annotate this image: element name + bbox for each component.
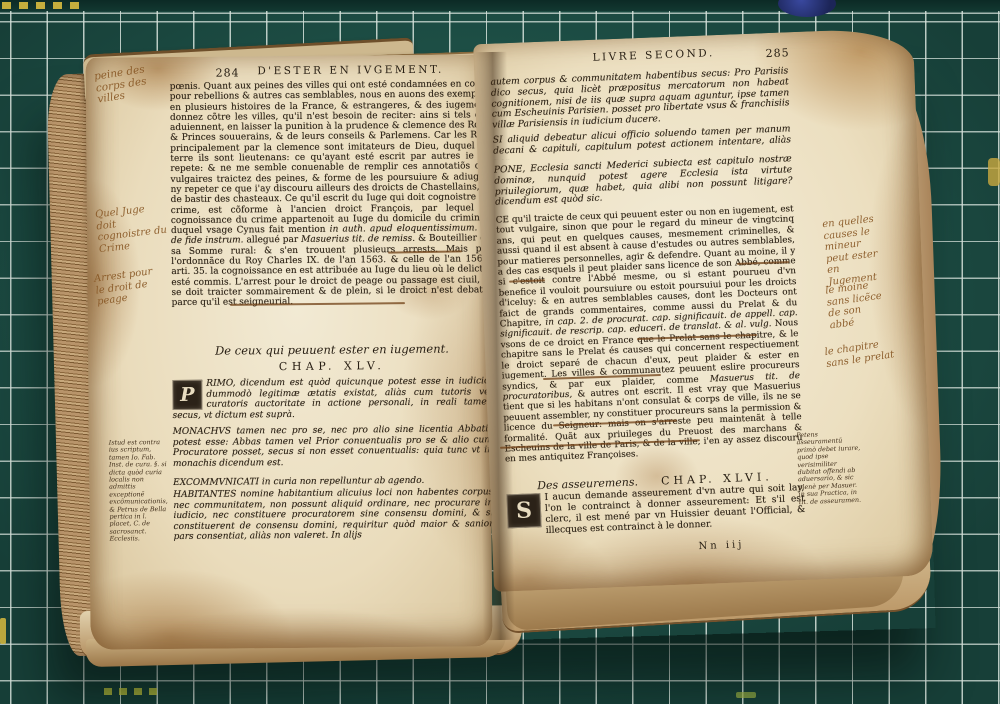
right-paragraph-3: PONE, Ecclesia sancti Mederici subiecta … [494,154,794,211]
left-paragraph-5: HABITANTES nomine habitantium alicuius l… [173,487,494,550]
photo-scene: 284 D'ESTER EN IVGEMENT. pœnis. Quant au… [0,0,1000,704]
left-handwritten-note-1: peine des corps des villes [93,63,155,106]
right-handwritten-note-1: en quelles causes le mineur peut ester e… [822,213,891,288]
left-printed-margin-note: Istud est contra ius scriptum, tamen Io.… [109,439,170,562]
right-page: LIVRE SECOND. 285 autem corpus & communi… [473,27,934,591]
right-running-title: LIVRE SECOND. [533,45,773,66]
right-paragraph-1: autem corpus & communitatem habentibus s… [490,66,790,133]
right-paragraph-5: SI aucun demande asseurement d'vn autre … [506,482,806,547]
left-chapter-title: De ceux qui peuuent ester en iugement. [172,341,492,358]
right-p5-text: I aucun demande asseurement d'vn autre q… [544,482,805,536]
left-p1-text: pœnis. Quant aux peines des villes qui o… [170,79,491,236]
left-p1-citation-2: Masuerius tit. de remiss. [301,234,415,245]
left-chapter-label: CHAP. XLV. [172,358,492,374]
left-handwritten-note-3: Arrest pour le droit de peage [93,265,163,308]
right-paragraph-4: CE qu'il traicte de ceux qui peuuent est… [496,204,803,467]
left-handwritten-note-2: Quel Juge doit cognoistre du Crime [95,201,172,255]
right-handwritten-note-2: le moine sans licẽce de son abbé [825,278,890,331]
left-paragraph-3: MONACHVS tamen nec pro se, nec pro alio … [173,424,493,477]
drop-cap-S: S [506,493,541,528]
right-handwritten-note-3: le chapitre sans le prelat [824,336,903,370]
left-paragraph-2: PRIMÒ, dicendum est quòd quicunque potes… [172,376,492,427]
left-page: 284 D'ESTER EN IVGEMENT. pœnis. Quant au… [85,54,492,649]
left-running-title: D'ESTER EN IVGEMENT. [215,63,485,77]
drop-cap-P: P [172,380,202,410]
right-page-number: 285 [765,46,789,60]
open-book: 284 D'ESTER EN IVGEMENT. pœnis. Quant au… [0,0,1000,704]
left-p2-text: RIMÒ, dicendum est quòd quicunque potest… [173,376,493,420]
signature-mark: Nn iij [698,539,744,552]
right-printed-margin-note: Petens asseuramentũ primò debet iurare, … [796,430,865,554]
left-p1-text-b: allegué par [243,235,301,246]
